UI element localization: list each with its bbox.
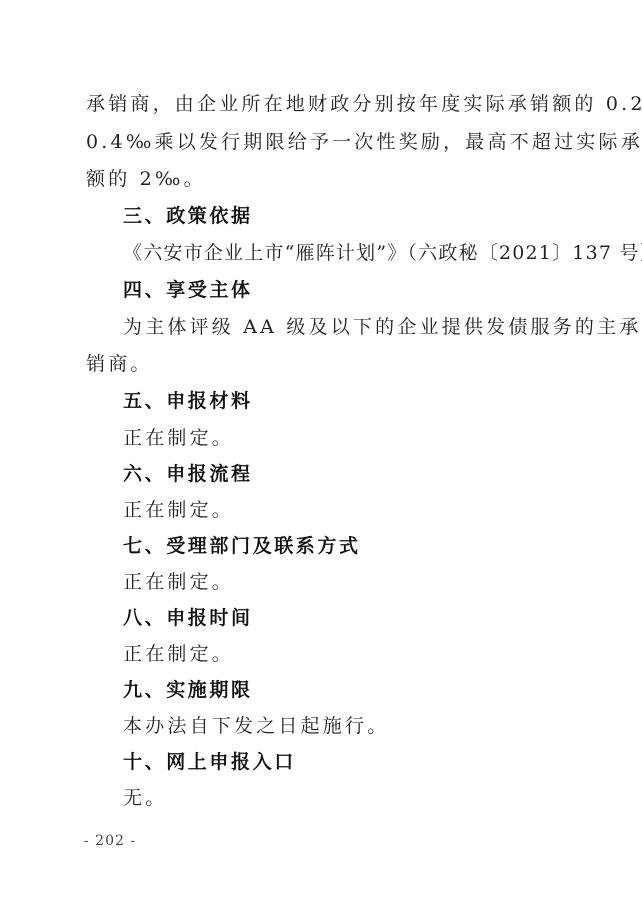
section-heading-7: 七、受理部门及联系方式 <box>123 535 361 557</box>
section-heading-5: 五、申报材料 <box>123 390 253 412</box>
section-body: 《六安市企业上市“雁阵计划”》（六政秘〔2021〕137 号） <box>123 242 642 264</box>
paragraph-line: 0.4‰乘以发行期限给予一次性奖励，最高不超过实际承销 <box>86 131 642 153</box>
section-body: 本办法自下发之日起施行。 <box>123 715 389 737</box>
section-body: 无。 <box>123 787 167 809</box>
section-heading-9: 九、实施期限 <box>123 679 253 701</box>
section-heading-4: 四、享受主体 <box>123 279 253 301</box>
section-body: 正在制定。 <box>123 643 234 665</box>
section-body: 正在制定。 <box>123 499 234 521</box>
document-page: 承销商，由企业所在地财政分别按年度实际承销额的 0.2‰、 0.4‰乘以发行期限… <box>0 0 642 907</box>
paragraph-line: 额的 2‰。 <box>86 168 206 190</box>
section-heading-10: 十、网上申报入口 <box>123 751 296 773</box>
section-body: 正在制定。 <box>123 571 234 593</box>
section-heading-6: 六、申报流程 <box>123 463 253 485</box>
section-body: 销商。 <box>86 353 153 375</box>
page-number: - 202 - <box>84 833 136 849</box>
section-body: 正在制定。 <box>123 427 234 449</box>
section-heading-3: 三、政策依据 <box>123 205 253 227</box>
section-body: 为主体评级 AA 级及以下的企业提供发债服务的主承 <box>123 316 642 338</box>
section-heading-8: 八、申报时间 <box>123 607 253 629</box>
paragraph-line: 承销商，由企业所在地财政分别按年度实际承销额的 0.2‰、 <box>86 93 642 115</box>
